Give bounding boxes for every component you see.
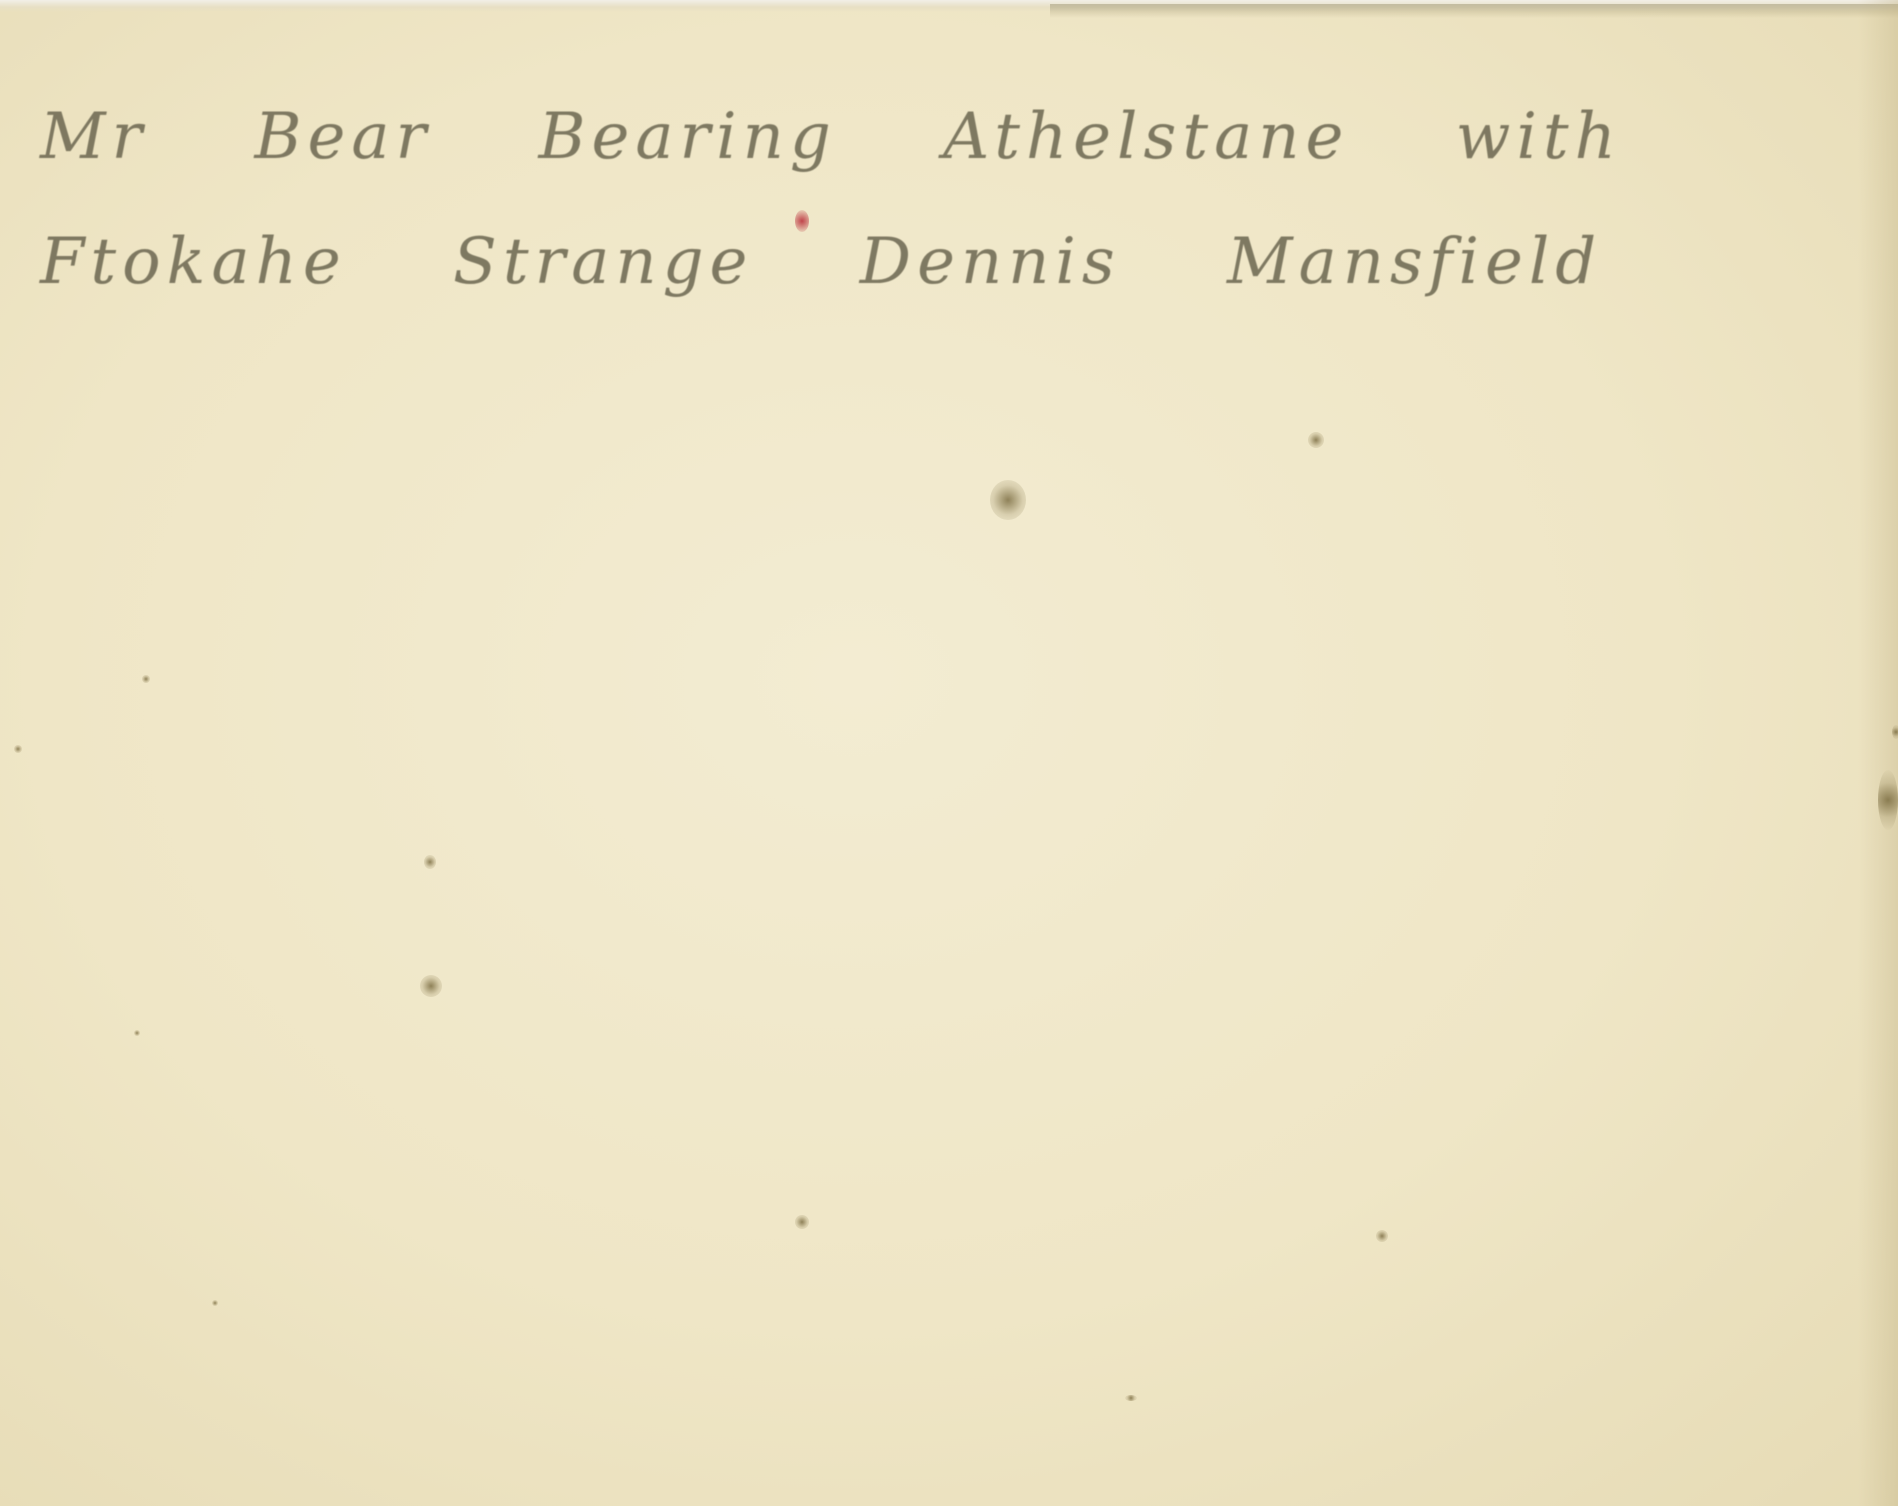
handwritten-word: Ftokahe xyxy=(40,225,347,299)
handwritten-word: Mr xyxy=(40,100,148,174)
foxing-spot xyxy=(420,975,442,997)
foxing-spot xyxy=(1878,770,1898,830)
handwritten-word: Strange xyxy=(453,225,753,299)
handwritten-word: Bearing xyxy=(538,100,836,174)
foxing-spot xyxy=(212,1300,218,1306)
handwritten-word: Mansfield xyxy=(1227,225,1602,299)
handwritten-word: Bear xyxy=(254,100,432,174)
foxing-spot xyxy=(1308,432,1324,448)
foxing-spot xyxy=(1125,1395,1137,1401)
foxing-spot xyxy=(142,675,150,683)
handwritten-line-2: Ftokahe Strange Dennis Mansfield xyxy=(40,225,1682,299)
foxing-spot xyxy=(1892,725,1898,739)
foxing-spot xyxy=(134,1030,140,1036)
foxing-spot xyxy=(990,480,1026,520)
foxing-spot xyxy=(14,745,22,753)
handwritten-word: Dennis xyxy=(860,225,1121,299)
handwritten-line-1: Mr Bear Bearing Athelstane with xyxy=(40,100,1702,174)
paper-top-stain xyxy=(1050,4,1898,18)
red-ink-spot xyxy=(795,210,809,232)
foxing-spot xyxy=(1376,1230,1388,1242)
foxing-spot xyxy=(795,1215,809,1229)
handwritten-word: with xyxy=(1456,100,1622,174)
paper-right-shadow xyxy=(1858,0,1898,1506)
handwritten-word: Athelstane xyxy=(943,100,1349,174)
foxing-spot xyxy=(424,855,436,869)
